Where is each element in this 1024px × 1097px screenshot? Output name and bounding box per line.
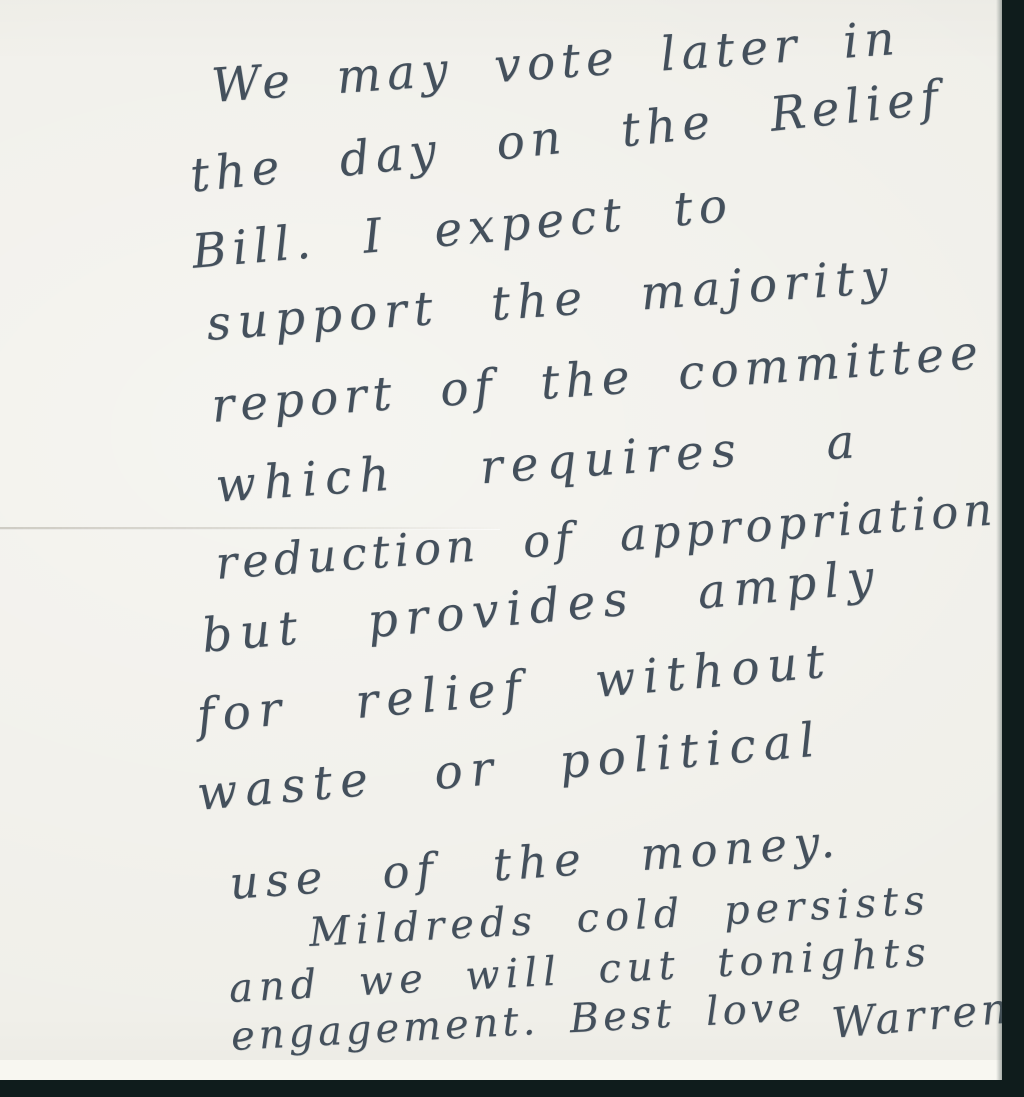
letter-scan: We may vote later in the day on the Reli… xyxy=(0,0,1024,1097)
paper-bottom-edge xyxy=(0,1060,1002,1080)
scan-backdrop-right xyxy=(1002,0,1024,1097)
signature: Warren. xyxy=(830,985,1024,1046)
letter-paper: We may vote later in the day on the Reli… xyxy=(0,0,1002,1080)
handwriting-line-6: which requires a xyxy=(214,417,864,511)
scan-backdrop-bottom xyxy=(0,1080,1024,1097)
